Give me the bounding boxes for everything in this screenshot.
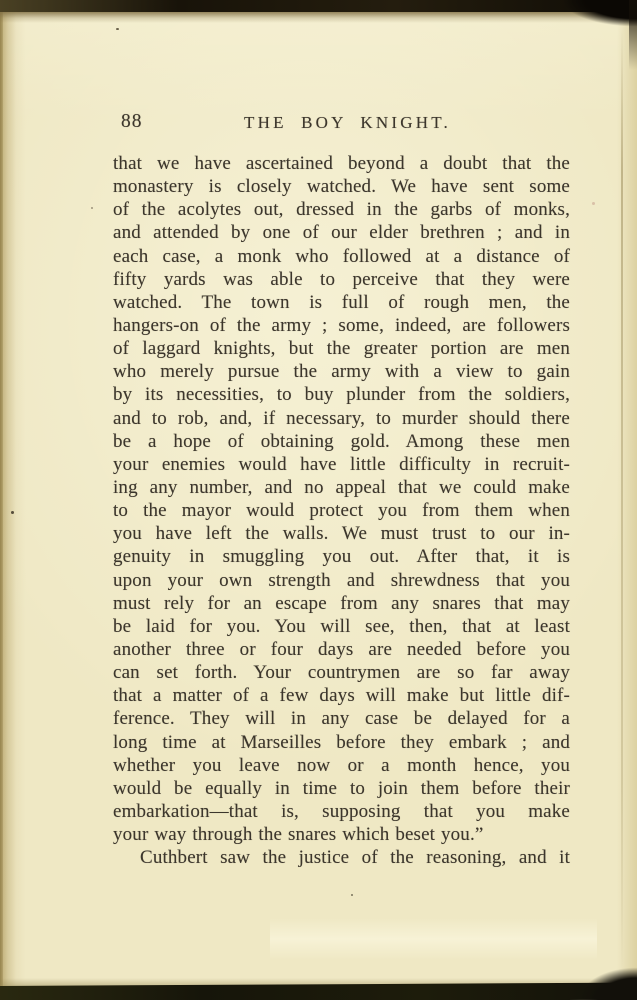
text-line: each case, a monk who followed at a dist… [113, 245, 570, 268]
text-line: of the acolytes out, dressed in the garb… [113, 198, 570, 221]
text-line: that we have ascertained beyond a doubt … [113, 152, 570, 175]
text-line: upon your own strength and shrewdness th… [113, 569, 570, 592]
page-header: 88 THE BOY KNIGHT. [113, 111, 570, 135]
text-line: your way through the snares which beset … [113, 823, 570, 846]
text-line: and attended by one of our elder brethre… [113, 221, 570, 244]
text-line: by its necessities, to buy plunder from … [113, 383, 570, 406]
paper-speck [91, 207, 93, 209]
text-line: long time at Marseilles before they emba… [113, 731, 570, 754]
text-line: would be equally in time to join them be… [113, 777, 570, 800]
page-right-edge [617, 0, 637, 1000]
running-title: THE BOY KNIGHT. [244, 113, 451, 133]
text-line: Cuthbert saw the justice of the reasonin… [113, 846, 570, 869]
text-line: hangers-on of the army ; some, indeed, a… [113, 314, 570, 337]
text-line: your enemies would have little difficult… [113, 453, 570, 476]
text-line: another three or four days are needed be… [113, 638, 570, 661]
text-line: ing any number, and no appeal that we co… [113, 476, 570, 499]
text-line: be a hope of obtaining gold. Among these… [113, 430, 570, 453]
text-line: must rely for an escape from any snares … [113, 592, 570, 615]
text-line: embarkation—that is, supposing that you … [113, 800, 570, 823]
page-text: that we have ascertained beyond a doubt … [113, 152, 570, 869]
text-line: genuity in smuggling you out. After that… [113, 545, 570, 568]
paper-speck [351, 894, 353, 896]
text-line: watched. The town is full of rough men, … [113, 291, 570, 314]
text-line: you have left the walls. We must trust t… [113, 522, 570, 545]
page-number: 88 [121, 111, 143, 133]
paper-speck [116, 28, 119, 30]
text-line: monastery is closely watched. We have se… [113, 175, 570, 198]
text-line: ference. They will in any case be delaye… [113, 707, 570, 730]
text-line: and to rob, and, if necessary, to murder… [113, 407, 570, 430]
paper-speck [592, 202, 595, 205]
text-line: of laggard knights, but the greater port… [113, 337, 570, 360]
text-line: to the mayor would protect you from them… [113, 499, 570, 522]
book-page-scan: 88 THE BOY KNIGHT. that we have ascertai… [0, 0, 637, 1000]
top-right-edge-sliver [629, 0, 637, 70]
bottom-right-dark-corner [559, 956, 637, 1000]
paper-light-band [270, 918, 597, 960]
text-line: can set forth. Your countrymen are so fa… [113, 661, 570, 684]
text-line: who merely pursue the army with a view t… [113, 360, 570, 383]
text-line: be laid for you. You will see, then, tha… [113, 615, 570, 638]
text-line: whether you leave now or a month hence, … [113, 754, 570, 777]
page-left-edge-line [0, 0, 3, 1000]
page-right-crease [621, 30, 623, 970]
text-line: fifty yards was able to perceive that th… [113, 268, 570, 291]
book-bottom-edge [0, 983, 637, 1000]
text-line: that a matter of a few days will make bu… [113, 684, 570, 707]
top-right-dark-corner [537, 0, 637, 36]
